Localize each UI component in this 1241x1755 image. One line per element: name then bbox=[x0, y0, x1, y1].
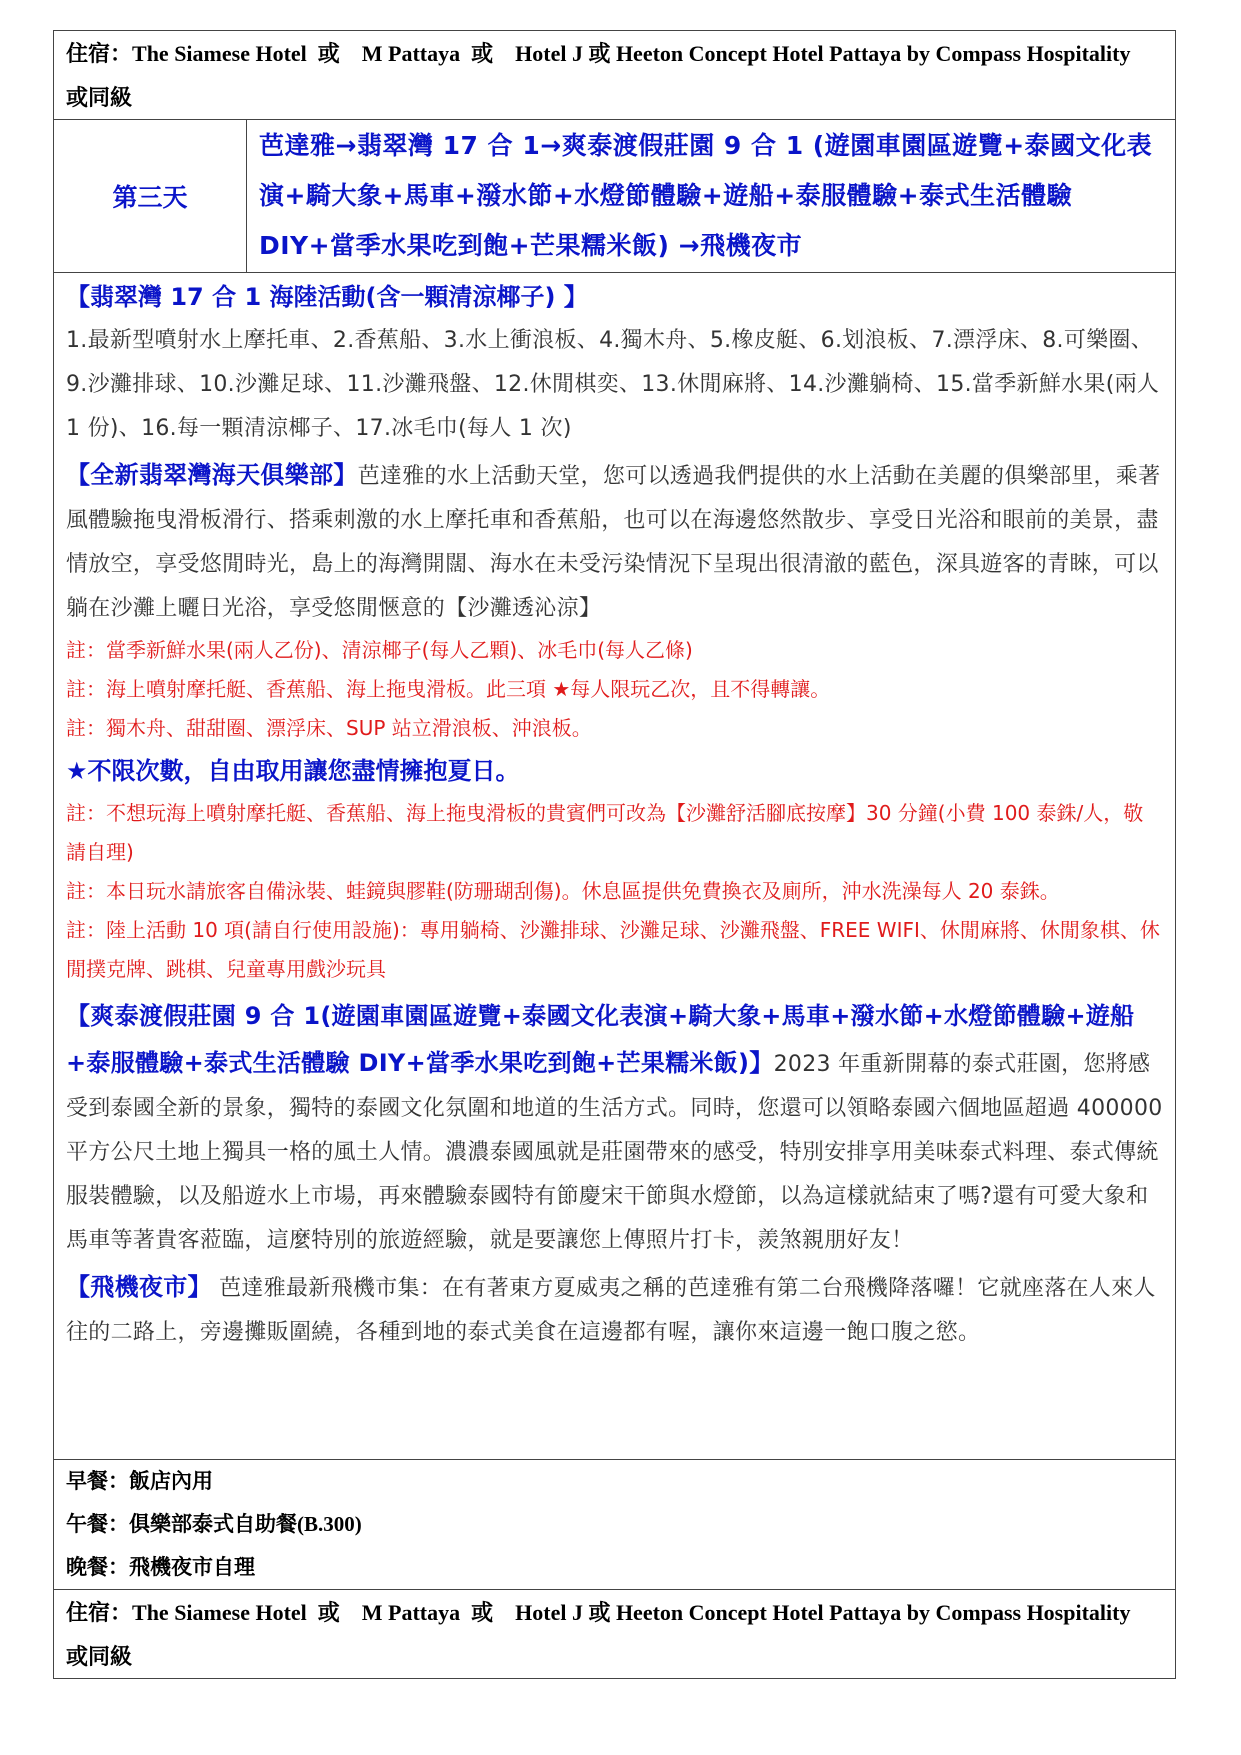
note-land-activities: 註：陸上活動 10 項(請自行使用設施)：專用躺椅、沙灘排球、沙灘足球、沙灘飛盤… bbox=[66, 911, 1163, 989]
meal-lunch-label: 午餐：俱樂部泰式自助餐 bbox=[66, 1512, 297, 1536]
hotel-row-bottom: 住宿：The Siamese Hotel 或 M Pattaya 或 Hotel… bbox=[54, 1590, 1176, 1679]
hotel-label: 住宿： bbox=[66, 1601, 132, 1626]
meals-cell: 早餐：飯店內用 午餐：俱樂部泰式自助餐(B.300) 晚餐：飛機夜市自理 bbox=[54, 1460, 1176, 1590]
content-row: 【翡翠灣 17 合 1 海陸活動(含一顆清涼椰子) 】 1.最新型噴射水上摩托車… bbox=[54, 273, 1176, 1460]
activity-list: 1.最新型噴射水上摩托車、2.香蕉船、3.水上衝浪板、4.獨木舟、5.橡皮艇、6… bbox=[66, 319, 1163, 451]
meal-lunch: 午餐：俱樂部泰式自助餐(B.300) bbox=[66, 1503, 1163, 1546]
section-heading-emerald-bay: 【翡翠灣 17 合 1 海陸活動(含一顆清涼椰子) 】 bbox=[66, 275, 1163, 319]
unlimited-banner: ★不限次數，自由取用讓您盡情擁抱夏日。 bbox=[66, 748, 1163, 794]
resort-paragraph: 【爽泰渡假莊園 9 合 1(遊園車園區遊覽+泰國文化表演+騎大象+馬車+潑水節+… bbox=[66, 993, 1163, 1263]
day-title-row: 第三天 芭達雅→翡翠灣 17 合 1→爽泰渡假莊園 9 合 1 (遊園車園區遊覽… bbox=[54, 120, 1176, 273]
club-paragraph: 【全新翡翠灣海天俱樂部】芭達雅的水上活動天堂，您可以透過我們提供的水上活動在美麗… bbox=[66, 453, 1163, 631]
hotel-cell-top: 住宿：The Siamese Hotel 或 M Pattaya 或 Hotel… bbox=[54, 31, 1176, 120]
hotel-label: 住宿： bbox=[66, 42, 132, 67]
day-route-title: 芭達雅→翡翠灣 17 合 1→爽泰渡假莊園 9 合 1 (遊園車園區遊覽+泰國文… bbox=[247, 120, 1176, 273]
note-limited-play: 註：海上噴射摩托艇、香蕉船、海上拖曳滑板。此三項 ★每人限玩乙次，且不得轉讓。 bbox=[66, 670, 1163, 709]
note-fruit-coconut: 註：當季新鮮水果(兩人乙份)、清涼椰子(每人乙顆)、冰毛巾(每人乙條) bbox=[66, 631, 1163, 670]
section-heading-night-market: 【飛機夜市】 bbox=[66, 1273, 212, 1301]
resort-description: 2023 年重新開幕的泰式莊園，您將感受到泰國全新的景象，獨特的泰國文化氛圍和地… bbox=[66, 1052, 1163, 1253]
itinerary-page: 住宿：The Siamese Hotel 或 M Pattaya 或 Hotel… bbox=[53, 30, 1175, 1679]
meals-row: 早餐：飯店內用 午餐：俱樂部泰式自助餐(B.300) 晚餐：飛機夜市自理 bbox=[54, 1460, 1176, 1590]
meal-dinner: 晚餐：飛機夜市自理 bbox=[66, 1546, 1163, 1589]
hotel-row-top: 住宿：The Siamese Hotel 或 M Pattaya 或 Hotel… bbox=[54, 31, 1176, 120]
hotel-options: The Siamese Hotel 或 M Pattaya 或 Hotel J … bbox=[66, 41, 1141, 110]
itinerary-table: 住宿：The Siamese Hotel 或 M Pattaya 或 Hotel… bbox=[53, 30, 1176, 1679]
meal-lunch-price: (B.300) bbox=[297, 1512, 362, 1536]
content-cell: 【翡翠灣 17 合 1 海陸活動(含一顆清涼椰子) 】 1.最新型噴射水上摩托車… bbox=[54, 273, 1176, 1460]
section-heading-club: 【全新翡翠灣海天俱樂部】 bbox=[66, 461, 358, 489]
note-swim-gear: 註：本日玩水請旅客自備泳裝、蛙鏡與膠鞋(防珊瑚刮傷)。休息區提供免費換衣及廁所，… bbox=[66, 872, 1163, 911]
note-massage-alternative: 註：不想玩海上噴射摩托艇、香蕉船、海上拖曳滑板的貴賓們可改為【沙灘舒活腳底按摩】… bbox=[66, 794, 1163, 872]
day-label: 第三天 bbox=[54, 120, 247, 273]
hotel-cell-bottom: 住宿：The Siamese Hotel 或 M Pattaya 或 Hotel… bbox=[54, 1590, 1176, 1679]
night-market-description: 芭達雅最新飛機市集：在有著東方夏威夷之稱的芭達雅有第二台飛機降落囉！它就座落在人… bbox=[66, 1276, 1156, 1345]
meal-breakfast: 早餐：飯店內用 bbox=[66, 1460, 1163, 1503]
hotel-options: The Siamese Hotel 或 M Pattaya 或 Hotel J … bbox=[66, 1600, 1141, 1669]
note-unlimited-items: 註：獨木舟、甜甜圈、漂浮床、SUP 站立滑浪板、沖浪板。 bbox=[66, 709, 1163, 748]
night-market-paragraph: 【飛機夜市】 芭達雅最新飛機市集：在有著東方夏威夷之稱的芭達雅有第二台飛機降落囉… bbox=[66, 1265, 1163, 1355]
